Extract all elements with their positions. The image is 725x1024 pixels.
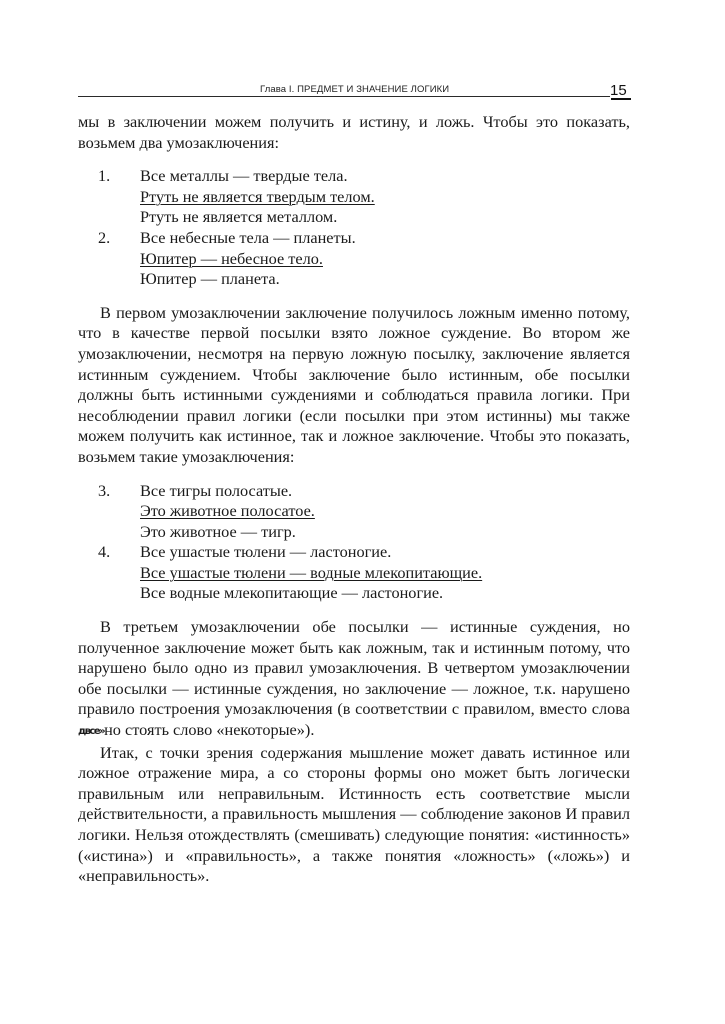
overprinted-text: двсе»	[78, 726, 104, 737]
syllogism-number: 4.	[98, 542, 110, 563]
paragraph-3-start: В третьем умозаключении обе посылки — ис…	[78, 617, 630, 718]
conclusion: Это животное — тигр.	[140, 522, 630, 543]
conclusion: Юпитер — планета.	[140, 269, 630, 290]
syllogism-2: 2. Все небесные тела — планеты. Юпитер —…	[78, 228, 630, 290]
chapter-title: Глава I. ПРЕДМЕТ И ЗНАЧЕНИЕ ЛОГИКИ	[258, 84, 451, 95]
syllogism-list-b: 3. Все тигры полосатые. Это животное пол…	[78, 481, 630, 605]
major-premise: Все небесные тела — планеты.	[140, 228, 630, 249]
running-head: Глава I. ПРЕДМЕТ И ЗНАЧЕНИЕ ЛОГИКИ 15	[78, 82, 638, 102]
paragraph-3: В третьем умозаключении обе посылки — ис…	[78, 617, 630, 743]
minor-premise: Все ушастые тюлени — водные млекопитающи…	[140, 563, 630, 584]
body-text: мы в заключении можем получить и истину,…	[78, 112, 630, 887]
syllogism-1: 1. Все металлы — твердые тела. Ртуть не …	[78, 166, 630, 228]
syllogism-3: 3. Все тигры полосатые. Это животное пол…	[78, 481, 630, 543]
paragraph-2: В первом умозаключении заключение получи…	[78, 303, 630, 468]
conclusion: Все водные млекопитающие — ластоногие.	[140, 583, 630, 604]
major-premise: Все металлы — твердые тела.	[140, 166, 630, 187]
paragraph-4: Итак, с точки зрения содержания мышление…	[78, 743, 630, 887]
page-number-underline	[611, 98, 631, 100]
conclusion: Ртуть не является металлом.	[140, 207, 630, 228]
syllogism-4: 4. Все ушастые тюлени — ластоногие. Все …	[78, 542, 630, 604]
minor-premise: Юпитер — небесное тело.	[140, 249, 630, 270]
syllogism-number: 1.	[98, 166, 110, 187]
minor-premise: Это животное полосатое.	[140, 501, 630, 522]
syllogism-number: 2.	[98, 228, 110, 249]
minor-premise: Ртуть не является твердым телом.	[140, 187, 630, 208]
syllogism-list-a: 1. Все металлы — твердые тела. Ртуть не …	[78, 166, 630, 290]
major-premise: Все ушастые тюлени — ластоногие.	[140, 542, 630, 563]
paragraph-intro: мы в заключении можем получить и истину,…	[78, 112, 630, 153]
paragraph-3-end: но стоять слово «некоторые»).	[104, 720, 314, 739]
syllogism-number: 3.	[98, 481, 110, 502]
major-premise: Все тигры полосатые.	[140, 481, 630, 502]
page-number: 15	[610, 83, 627, 98]
book-page: Глава I. ПРЕДМЕТ И ЗНАЧЕНИЕ ЛОГИКИ 15 мы…	[0, 0, 725, 1024]
header-rule	[78, 96, 610, 97]
